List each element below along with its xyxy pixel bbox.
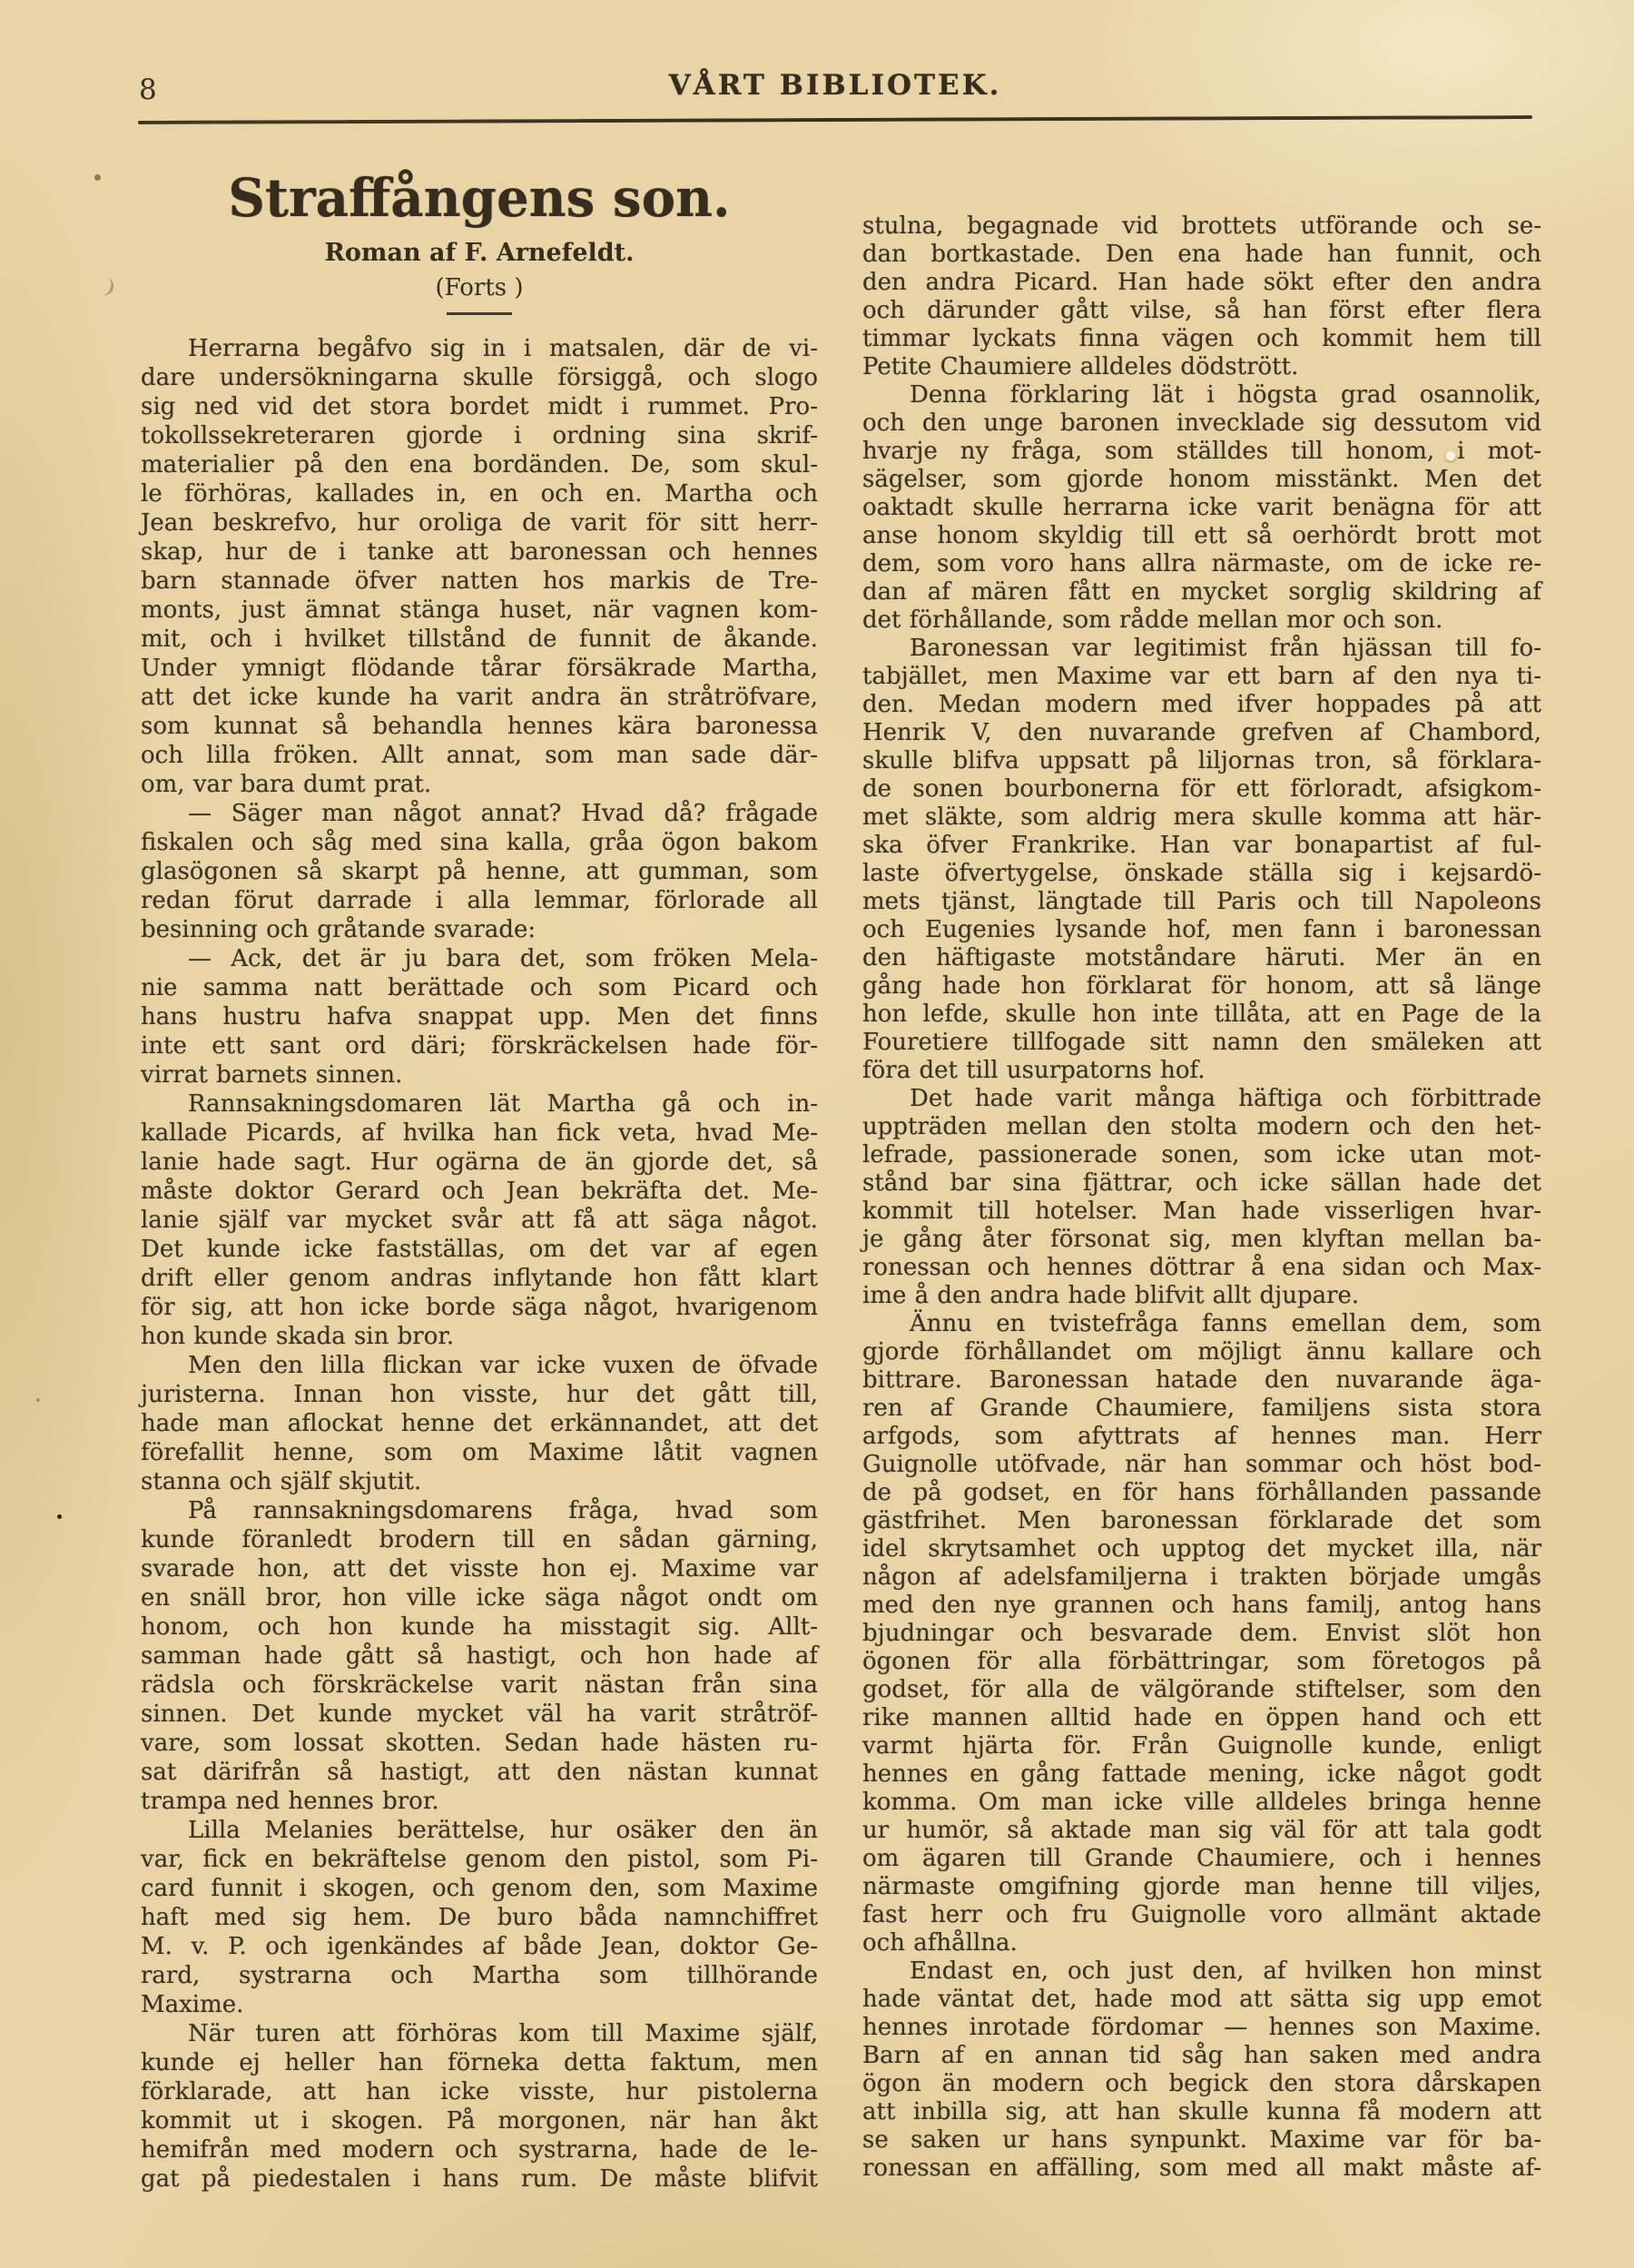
paragraph: Rannsakningsdomaren lät Martha gå och in…	[141, 1090, 818, 1351]
text-line: skap, hur de i tanke att baronessan och …	[141, 537, 818, 567]
text-line: skulle blifva uppsatt på liljornas tron,…	[862, 747, 1541, 775]
text-line: rard, systrarna och Martha som tillhöran…	[141, 1961, 818, 1990]
text-line: lanie hade sagt. Hur ogärna de än gjorde…	[141, 1148, 818, 1177]
text-line: fast herr och fru Guignolle voro allmänt…	[862, 1901, 1541, 1929]
text-line: hvarje ny fråga, som ställdes till honom…	[862, 438, 1541, 466]
text-line: sinnen. Det kunde mycket väl ha varit st…	[141, 1700, 818, 1729]
text-line: ögonen för alla förbättringar, som föret…	[862, 1648, 1541, 1676]
text-line: rike mannen alltid hade en öppen hand oc…	[862, 1704, 1541, 1732]
right-column: stulna, begagnade vid brottets utförande…	[862, 212, 1541, 2183]
text-line: gång hade hon förklarat för honom, att s…	[862, 972, 1541, 1001]
text-line: och lilla fröken. Allt annat, som man sa…	[141, 741, 818, 770]
text-line: mit, och i hvilket tillstånd de funnit d…	[141, 625, 818, 654]
continuation-note: (Forts )	[141, 274, 818, 301]
text-line: tokollssekreteraren gjorde i ordning sin…	[141, 421, 818, 450]
text-line: hade väntat det, hade mod att sätta sig …	[862, 1986, 1541, 2014]
paragraph: — Säger man något annat? Hvad då? frågad…	[141, 799, 818, 944]
text-line: att inbilla sig, att han skulle kunna få…	[862, 2098, 1541, 2126]
text-line: bjudningar och besvarade dem. Envist slö…	[862, 1620, 1541, 1648]
text-line: den häftigaste motståndare häruti. Mer ä…	[862, 944, 1541, 972]
text-line: måste doktor Gerard och Jean bekräfta de…	[141, 1177, 818, 1206]
text-line: ögon än modern och begick den stora dårs…	[862, 2070, 1541, 2098]
text-line: oaktadt skulle herrarna icke varit benäg…	[862, 494, 1541, 522]
text-line: ren af Grande Chaumiere, familjens sista…	[862, 1395, 1541, 1423]
text-line: kunde ej heller han förneka detta faktum…	[141, 2048, 818, 2077]
text-line: redan förut darrade i alla lemmar, förlo…	[141, 886, 818, 915]
text-line: ronessan och hennes döttrar å ena sidan …	[862, 1254, 1541, 1282]
text-line: stulna, begagnade vid brottets utförande…	[862, 212, 1541, 241]
text-line: dan bortkastade. Den ena hade han funnit…	[862, 241, 1541, 269]
text-line: om ägaren till Grande Chaumiere, och i h…	[862, 1845, 1541, 1873]
text-line: Barn af en annan tid såg han saken med a…	[862, 2042, 1541, 2070]
title-divider	[447, 312, 512, 315]
text-line: med den nye grannen och hans familj, ant…	[862, 1592, 1541, 1620]
text-line: glasögonen så skarpt på henne, att gumma…	[141, 857, 818, 886]
text-line: drift eller genom andras inflytande hon …	[141, 1264, 818, 1293]
text-line: de sonen bourbonerna för ett förloradt, …	[862, 775, 1541, 804]
text-line: stånd bar sina fjättrar, och icke sällan…	[862, 1169, 1541, 1198]
paper-hole	[1445, 450, 1456, 461]
text-line: för sig, att hon icke borde säga något, …	[141, 1293, 818, 1322]
text-line: Herrarna begåfvo sig in i matsalen, där …	[141, 334, 818, 363]
text-line: Baronessan var legitimist från hjässan t…	[862, 635, 1541, 663]
text-line: uppträden mellan den stolta modern och d…	[862, 1113, 1541, 1141]
text-line: dan af mären fått en mycket sorglig skil…	[862, 578, 1541, 606]
paragraph: Lilla Melanies berättelse, hur osäker de…	[141, 1816, 818, 2019]
text-line: mets tjänst, längtade till Paris och til…	[862, 888, 1541, 916]
text-line: varmt hjärta för. Från Guignolle kunde, …	[862, 1732, 1541, 1760]
text-line: timmar lyckats finna vägen och kommit he…	[862, 325, 1541, 353]
text-line: besinning och gråtande svarade:	[141, 915, 818, 944]
text-line: hemifrån med modern och systrarna, hade …	[141, 2135, 818, 2164]
text-line: Rannsakningsdomaren lät Martha gå och in…	[141, 1090, 818, 1119]
text-line: fiskalen och såg med sina kalla, gråa ög…	[141, 828, 818, 857]
text-line: och därunder gått vilse, så han först ef…	[862, 297, 1541, 325]
margin-smudge	[100, 277, 115, 298]
text-line: ime å den andra hade blifvit allt djupar…	[862, 1282, 1541, 1310]
text-line: lefrade, passionerade sonen, som icke ut…	[862, 1141, 1541, 1169]
text-line: att det icke kunde ha varit andra än str…	[141, 683, 818, 712]
paragraph: Det hade varit många häftiga och förbitt…	[862, 1085, 1541, 1310]
text-line: ronessan en affälling, som med all makt …	[862, 2155, 1541, 2183]
text-line: Guignolle utöfvade, när han sommar och h…	[862, 1451, 1541, 1479]
publication-title: VÅRT BIBLIOTEK.	[669, 69, 1002, 102]
text-line: kommit ut i skogen. På morgonen, när han…	[141, 2106, 818, 2135]
text-line: och afhållna.	[862, 1929, 1541, 1957]
text-line: Henrik V, den nuvarande grefven af Chamb…	[862, 719, 1541, 747]
text-line: På rannsakningsdomarens fråga, hvad som	[141, 1496, 818, 1525]
article-title: Straffångens son.	[151, 169, 808, 227]
text-line: och Eugenies lysande hof, men fann i bar…	[862, 916, 1541, 944]
text-line: komma. Om man icke ville alldeles bringa…	[862, 1789, 1541, 1817]
text-line: haft med sig hem. De buro båda namnchiff…	[141, 1903, 818, 1932]
text-line: kallade Picards, af hvilka han fick veta…	[141, 1119, 818, 1148]
text-line: met släkte, som aldrig mera skulle komma…	[862, 804, 1541, 832]
text-line: Maxime.	[141, 1990, 818, 2019]
text-line: närmaste omgifning gjorde man henne till…	[862, 1873, 1541, 1901]
text-line: materialier på den ena bordänden. De, so…	[141, 450, 818, 479]
text-line: monts, just ämnat stänga huset, när vagn…	[141, 596, 818, 625]
text-line: det förhållande, som rådde mellan mor oc…	[862, 606, 1541, 635]
text-line: idel skrytsamhet och upptog det mycket i…	[862, 1535, 1541, 1563]
text-line: tabjället, men Maxime var ett barn af de…	[862, 663, 1541, 691]
text-line: vare, som lossat skotten. Sedan hade häs…	[141, 1729, 818, 1758]
paragraph: Men den lilla flickan var icke vuxen de …	[141, 1351, 818, 1496]
text-line: som kunnat så behandla hennes kära baron…	[141, 712, 818, 741]
text-line: Endast en, och just den, af hvilken hon …	[862, 1957, 1541, 1986]
text-line: trampa ned hennes bror.	[141, 1787, 818, 1816]
text-line: om, var bara dumt prat.	[141, 770, 818, 799]
text-line: bittrare. Baronessan hatade den nuvarand…	[862, 1366, 1541, 1395]
paragraph: Endast en, och just den, af hvilken hon …	[862, 1957, 1541, 2183]
paragraph: På rannsakningsdomarens fråga, hvad somk…	[141, 1496, 818, 1816]
text-line: gästfrihet. Men baronessan förklarade de…	[862, 1507, 1541, 1535]
text-line: honom, och hon kunde ha misstagit sig. A…	[141, 1612, 818, 1642]
text-line: hon lefde, skulle hon inte tillåta, att …	[862, 1001, 1541, 1029]
text-line: card funnit i skogen, och genom den, som…	[141, 1874, 818, 1903]
text-line: virrat barnets sinnen.	[141, 1060, 818, 1090]
text-line: se saken ur hans synpunkt. Maxime var fö…	[862, 2126, 1541, 2155]
left-column: Straffångens son. Roman af F. Arnefeldt.…	[141, 169, 818, 2194]
text-line: — Ack, det är ju bara det, som fröken Me…	[141, 944, 818, 973]
text-line: inte ett sant ord däri; förskräckelsen h…	[141, 1031, 818, 1060]
text-line: hennes inrotade fördomar — hennes son Ma…	[862, 2014, 1541, 2042]
text-line: hans hustru hafva snappat upp. Men det f…	[141, 1002, 818, 1031]
text-line: kunde föranledt brodern till en sådan gä…	[141, 1525, 818, 1554]
text-line: Denna förklaring lät i högsta grad osann…	[862, 381, 1541, 409]
paper-speck	[1491, 899, 1497, 903]
paragraph: Ännu en tvistefråga fanns emellan dem, s…	[862, 1310, 1541, 1957]
text-line: godset, för alla de välgörande stiftelse…	[862, 1676, 1541, 1704]
text-line: barn stannade öfver natten hos markis de…	[141, 567, 818, 596]
paper-speck	[94, 174, 101, 181]
text-line: gjorde förhållandet om möjligt ännu kall…	[862, 1338, 1541, 1366]
text-line: laste öfvertygelse, önskade ställa sig i…	[862, 860, 1541, 888]
text-line: le förhöras, kallades in, en och en. Mar…	[141, 479, 818, 508]
text-line: samman hade gått så hastigt, och hon had…	[141, 1642, 818, 1671]
paragraph: När turen att förhöras kom till Maxime s…	[141, 2019, 818, 2194]
text-line: Under ymnigt flödande tårar försäkrade M…	[141, 654, 818, 683]
paragraph: Denna förklaring lät i högsta grad osann…	[862, 381, 1541, 635]
text-line: dare undersökningarna skulle försiggå, o…	[141, 363, 818, 392]
paragraph: Baronessan var legitimist från hjässan t…	[862, 635, 1541, 1085]
text-line: lanie själf var mycket svår att få att s…	[141, 1206, 818, 1235]
text-line: — Säger man något annat? Hvad då? frågad…	[141, 799, 818, 828]
text-line: hennes en gång fattade mening, icke någo…	[862, 1760, 1541, 1789]
text-line: Det hade varit många häftiga och förbitt…	[862, 1085, 1541, 1113]
text-line: hade man aflockat henne det erkännandet,…	[141, 1409, 818, 1438]
paper-speck	[36, 1398, 40, 1402]
text-line: ur humör, så aktade man sig väl för att …	[862, 1817, 1541, 1845]
header-rule	[138, 115, 1532, 124]
text-line: sägelser, som gjorde honom misstänkt. Me…	[862, 466, 1541, 494]
paragraph: stulna, begagnade vid brottets utförande…	[862, 212, 1541, 381]
text-line: och den unge baronen invecklade sig dess…	[862, 409, 1541, 438]
page-number: 8	[139, 74, 157, 105]
text-line: kommit till hotelser. Man hade visserlig…	[862, 1198, 1541, 1226]
text-line: de på godset, en för hans förhållanden p…	[862, 1479, 1541, 1507]
paragraph: — Ack, det är ju bara det, som fröken Me…	[141, 944, 818, 1090]
text-line: Petite Chaumiere alldeles dödstrött.	[862, 353, 1541, 381]
text-line: en snäll bror, hon ville icke säga något…	[141, 1583, 818, 1612]
text-line: juristerna. Innan hon visste, hur det gå…	[141, 1380, 818, 1409]
text-line: Ännu en tvistefråga fanns emellan dem, s…	[862, 1310, 1541, 1338]
text-line: förefallit henne, som om Maxime låtit va…	[141, 1438, 818, 1467]
text-line: svarade hon, att det visste hon ej. Maxi…	[141, 1554, 818, 1583]
paragraph: Herrarna begåfvo sig in i matsalen, där …	[141, 334, 818, 799]
text-line: anse honom skyldig till ett så oerhördt …	[862, 522, 1541, 550]
text-line: gat på piedestalen i hans rum. De måste …	[141, 2164, 818, 2194]
text-line: Jean beskrefvo, hur oroliga de varit för…	[141, 508, 818, 537]
text-line: Det kunde icke fastställas, om det var a…	[141, 1235, 818, 1264]
text-line: föra det till usurpatorns hof.	[862, 1057, 1541, 1085]
text-line: var, fick en bekräftelse genom den pisto…	[141, 1845, 818, 1874]
scanned-page: 8 VÅRT BIBLIOTEK. Straffångens son. Roma…	[0, 0, 1634, 2268]
left-column-text: Herrarna begåfvo sig in i matsalen, där …	[141, 334, 818, 2194]
text-line: dem, som voro hans allra närmaste, om de…	[862, 550, 1541, 578]
text-line: je gång åter försonat sig, men klyftan m…	[862, 1226, 1541, 1254]
text-line: förklarade, att han icke visste, hur pis…	[141, 2077, 818, 2106]
text-line: Fouretiere tillfogade sitt namn den smäl…	[862, 1029, 1541, 1057]
text-line: den andra Picard. Han hade sökt efter de…	[862, 269, 1541, 297]
text-line: sat därifrån så hastigt, att den nästan …	[141, 1758, 818, 1787]
text-line: ska öfver Frankrike. Han var bonapartist…	[862, 832, 1541, 860]
text-line: sig ned vid det stora bordet midt i rumm…	[141, 392, 818, 421]
text-line: arfgods, som afyttrats af hennes man. He…	[862, 1423, 1541, 1451]
text-line: den. Medan modern med ifver hoppades på …	[862, 691, 1541, 719]
paper-speck	[57, 1514, 62, 1519]
text-line: någon af adelsfamiljerna i trakten börja…	[862, 1563, 1541, 1592]
text-line: stanna och själf skjutit.	[141, 1467, 818, 1496]
text-line: M. v. P. och igenkändes af både Jean, do…	[141, 1932, 818, 1961]
text-line: hon kunde skada sin bror.	[141, 1322, 818, 1351]
text-line: rädsla och förskräckelse varit nästan fr…	[141, 1671, 818, 1700]
right-column-text: stulna, begagnade vid brottets utförande…	[862, 212, 1541, 2183]
text-line: nie samma natt berättade och som Picard …	[141, 973, 818, 1002]
text-line: När turen att förhöras kom till Maxime s…	[141, 2019, 818, 2048]
text-line: Men den lilla flickan var icke vuxen de …	[141, 1351, 818, 1380]
text-line: Lilla Melanies berättelse, hur osäker de…	[141, 1816, 818, 1845]
article-byline: Roman af F. Arnefeldt.	[141, 240, 818, 267]
